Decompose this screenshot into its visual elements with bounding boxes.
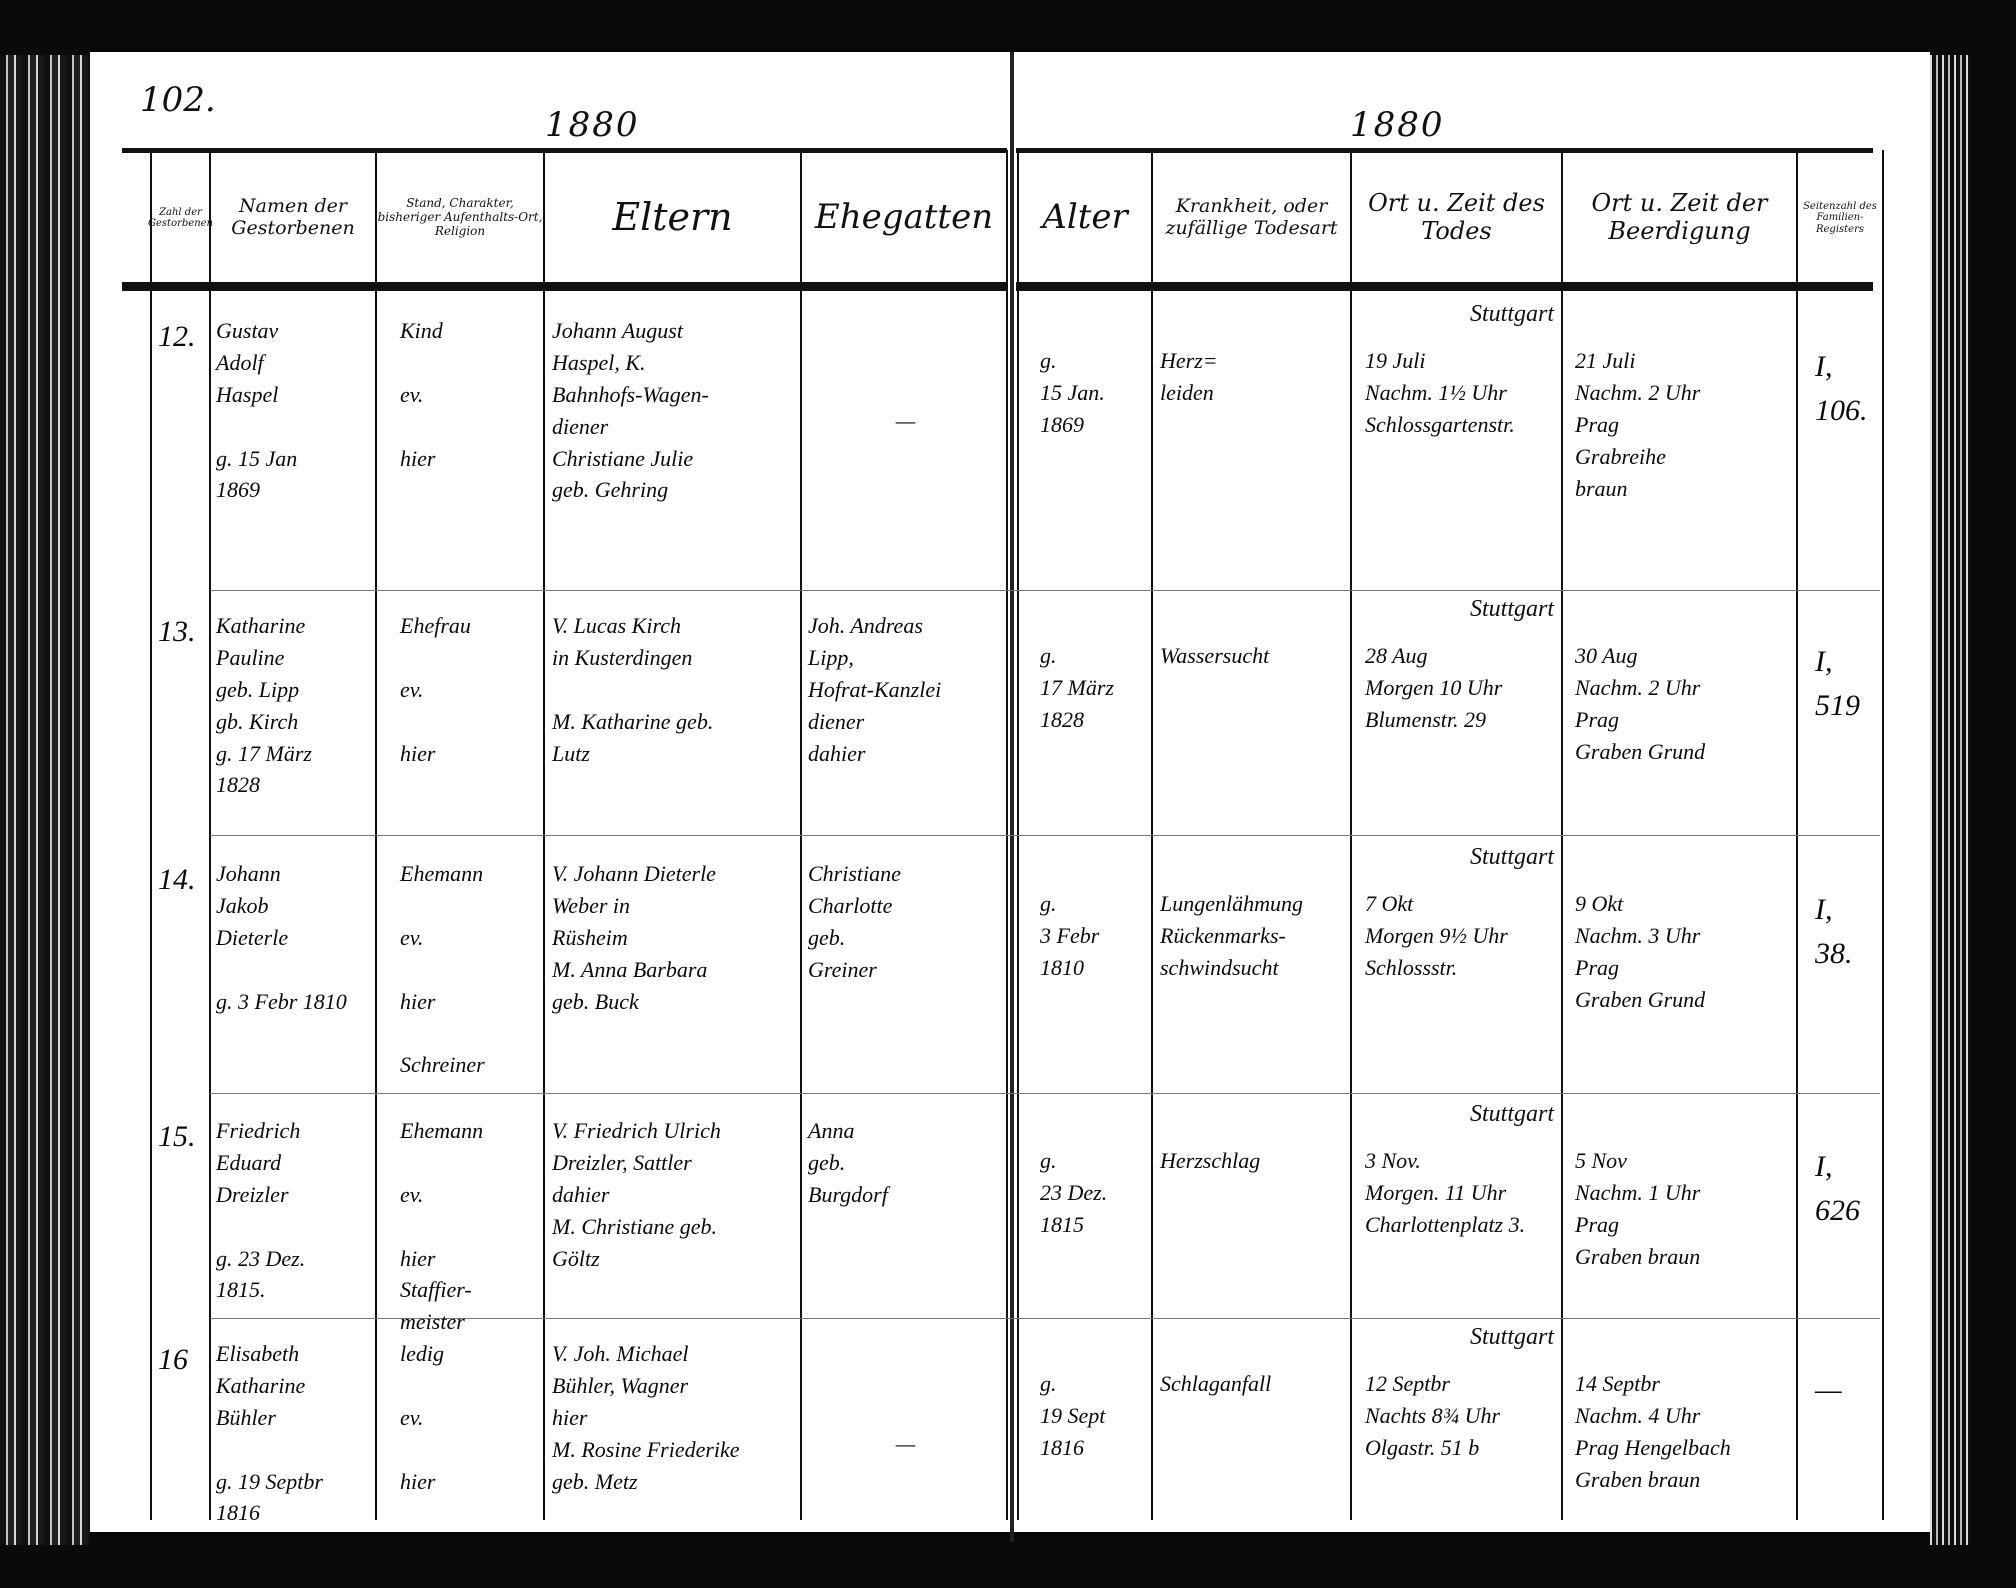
entry-separator: [210, 1093, 1880, 1094]
entry-name: Friedrich Eduard Dreizler g. 23 Dez. 181…: [216, 1115, 371, 1306]
entry-burial: 5 Nov Nachm. 1 Uhr Prag Graben braun: [1575, 1145, 1795, 1273]
entry-cause: Herzschlag: [1160, 1145, 1348, 1177]
page-number: 102.: [140, 80, 216, 120]
entry-family-register: —: [1815, 1368, 1880, 1412]
year-right: 1880: [1350, 105, 1445, 145]
entry-family-register: I, 519: [1815, 640, 1880, 727]
entry-status: Ehefrau ev. hier: [400, 610, 540, 769]
entry-spouse: Anna geb. Burgdorf: [808, 1115, 1003, 1211]
entry-burial: 21 Juli Nachm. 2 Uhr Prag Grabreihe brau…: [1575, 345, 1795, 504]
entry-status: ledig ev. hier: [400, 1338, 540, 1497]
entry-parents: V. Johann Dieterle Weber in Rüsheim M. A…: [552, 858, 797, 1017]
entry-death: 3 Nov. Morgen. 11 Uhr Charlottenplatz 3.: [1365, 1145, 1560, 1241]
entry-family-register: I, 106.: [1815, 345, 1880, 432]
entry-status: Ehemann ev. hier Staffier- meister: [400, 1115, 540, 1338]
header-parents: Eltern: [545, 158, 800, 278]
header-number: Zahl der Gestorbenen: [152, 158, 209, 278]
entry-separator: [210, 590, 1880, 591]
header-status: Stand, Charakter, bisheriger Aufenthalts…: [377, 158, 543, 278]
year-left: 1880: [545, 105, 640, 145]
header-rule-right: [1016, 282, 1873, 291]
header-name: Namen der Gestorbenen: [211, 158, 375, 278]
entry-name: Katharine Pauline geb. Lipp gb. Kirch g.…: [216, 610, 371, 801]
header-age: Alter: [1019, 158, 1151, 278]
entry-place: Stuttgart: [1470, 301, 1554, 328]
entry-age: g. 19 Sept 1816: [1040, 1368, 1148, 1464]
entry-death: 7 Okt Morgen 9½ Uhr Schlossstr.: [1365, 888, 1560, 984]
column-divider: [150, 150, 152, 1520]
header-death: Ort u. Zeit des Todes: [1352, 158, 1561, 278]
entry-spouse: —: [808, 405, 1003, 437]
column-divider: [1882, 150, 1884, 1520]
entry-number: 12.: [158, 315, 206, 359]
entry-place: Stuttgart: [1470, 596, 1554, 623]
entry-name: Johann Jakob Dieterle g. 3 Febr 1810: [216, 858, 371, 1017]
entry-death: 19 Juli Nachm. 1½ Uhr Schlossgartenstr.: [1365, 345, 1560, 441]
entry-burial: 14 Septbr Nachm. 4 Uhr Prag Hengelbach G…: [1575, 1368, 1795, 1496]
entry-cause: Lungenlähmung Rückenmarks- schwindsucht: [1160, 888, 1348, 984]
header-cause: Krankheit, oder zufällige Todesart: [1153, 158, 1350, 278]
entry-spouse: Joh. Andreas Lipp, Hofrat-Kanzlei diener…: [808, 610, 1003, 769]
entry-number: 15.: [158, 1115, 206, 1159]
entry-burial: 30 Aug Nachm. 2 Uhr Prag Graben Grund: [1575, 640, 1795, 768]
top-rule-right: [1016, 148, 1873, 153]
entry-family-register: I, 626: [1815, 1145, 1880, 1232]
entry-parents: V. Lucas Kirch in Kusterdingen M. Kathar…: [552, 610, 797, 769]
entry-number: 13.: [158, 610, 206, 654]
entry-cause: Herz= leiden: [1160, 345, 1348, 409]
entry-status: Ehemann ev. hier Schreiner: [400, 858, 540, 1081]
entry-spouse: —: [808, 1428, 1003, 1460]
entry-spouse: Christiane Charlotte geb. Greiner: [808, 858, 1003, 986]
entry-age: g. 17 März 1828: [1040, 640, 1148, 736]
entry-age: g. 15 Jan. 1869: [1040, 345, 1148, 441]
header-burial: Ort u. Zeit der Beerdigung: [1563, 158, 1796, 278]
entry-parents: V. Joh. Michael Bühler, Wagner hier M. R…: [552, 1338, 797, 1497]
top-rule-left: [122, 148, 1007, 153]
entry-age: g. 3 Febr 1810: [1040, 888, 1148, 984]
header-spouse: Ehegatten: [802, 158, 1006, 278]
entry-cause: Schlaganfall: [1160, 1368, 1348, 1400]
entry-parents: V. Friedrich Ulrich Dreizler, Sattler da…: [552, 1115, 797, 1274]
header-rule-left: [122, 282, 1007, 291]
entry-burial: 9 Okt Nachm. 3 Uhr Prag Graben Grund: [1575, 888, 1795, 1016]
entry-place: Stuttgart: [1470, 1324, 1554, 1351]
entry-death: 12 Septbr Nachts 8¾ Uhr Olgastr. 51 b: [1365, 1368, 1560, 1464]
entry-name: Elisabeth Katharine Bühler g. 19 Septbr …: [216, 1338, 371, 1529]
entry-number: 16: [158, 1338, 206, 1382]
entry-name: Gustav Adolf Haspel g. 15 Jan 1869: [216, 315, 371, 506]
entry-family-register: I, 38.: [1815, 888, 1880, 975]
entry-death: 28 Aug Morgen 10 Uhr Blumenstr. 29: [1365, 640, 1560, 736]
book-page-edges-right: [1930, 55, 1970, 1545]
header-family-register: Seitenzahl des Familien-Registers: [1798, 158, 1882, 278]
entry-place: Stuttgart: [1470, 844, 1554, 871]
entry-age: g. 23 Dez. 1815: [1040, 1145, 1148, 1241]
entry-place: Stuttgart: [1470, 1101, 1554, 1128]
entry-separator: [210, 835, 1880, 836]
entry-number: 14.: [158, 858, 206, 902]
book-page-edges-left: [0, 55, 90, 1545]
entry-parents: Johann August Haspel, K. Bahnhofs-Wagen-…: [552, 315, 797, 506]
entry-status: Kind ev. hier: [400, 315, 540, 474]
entry-cause: Wassersucht: [1160, 640, 1348, 672]
